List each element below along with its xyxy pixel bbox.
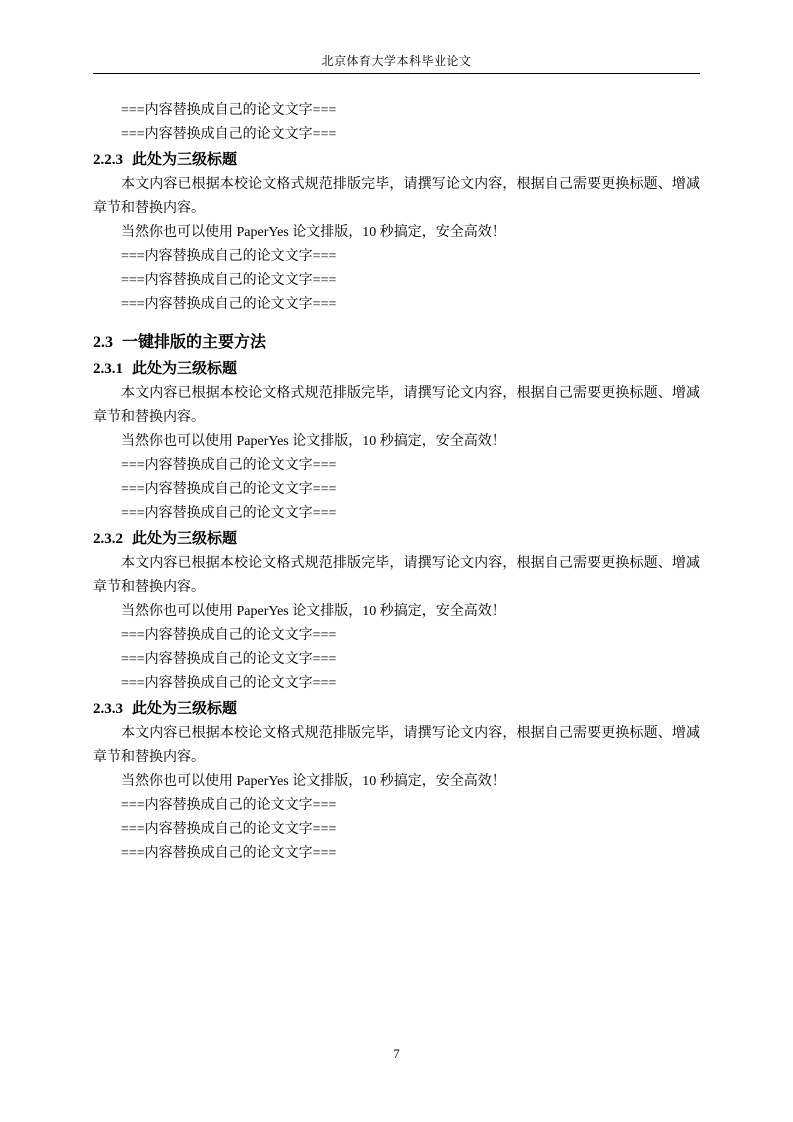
placeholder-line: ===内容替换成自己的论文文字=== bbox=[93, 502, 700, 526]
heading-number: 2.3.2 bbox=[93, 531, 123, 547]
tip-paragraph: 当然你也可以使用 PaperYes 论文排版，10 秒搞定，安全高效！ bbox=[93, 430, 700, 454]
placeholder-line: ===内容替换成自己的论文文字=== bbox=[93, 293, 700, 317]
heading-number: 2.2.3 bbox=[93, 152, 123, 168]
page-number: 7 bbox=[393, 1047, 399, 1061]
placeholder-line: ===内容替换成自己的论文文字=== bbox=[93, 454, 700, 478]
heading-3-2-2-3: 2.2.3此处为三级标题 bbox=[93, 147, 700, 173]
placeholder-line: ===内容替换成自己的论文文字=== bbox=[93, 672, 700, 696]
heading-title: 此处为三级标题 bbox=[132, 151, 237, 168]
page-footer: 7 bbox=[0, 1046, 793, 1062]
body-paragraph: 本文内容已根据本校论文格式规范排版完毕，请撰写论文内容，根据自己需要更换标题、增… bbox=[93, 722, 700, 770]
heading-number: 2.3.1 bbox=[93, 361, 123, 377]
body-paragraph: 本文内容已根据本校论文格式规范排版完毕，请撰写论文内容，根据自己需要更换标题、增… bbox=[93, 382, 700, 430]
heading-3-2-3-2: 2.3.2此处为三级标题 bbox=[93, 526, 700, 552]
placeholder-line: ===内容替换成自己的论文文字=== bbox=[93, 842, 700, 866]
tip-paragraph: 当然你也可以使用 PaperYes 论文排版，10 秒搞定，安全高效！ bbox=[93, 600, 700, 624]
heading-title: 此处为三级标题 bbox=[132, 530, 237, 547]
body-paragraph: 本文内容已根据本校论文格式规范排版完毕，请撰写论文内容，根据自己需要更换标题、增… bbox=[93, 552, 700, 600]
page-header: 北京体育大学本科毕业论文 bbox=[93, 0, 700, 74]
placeholder-line: ===内容替换成自己的论文文字=== bbox=[93, 478, 700, 502]
heading-title: 此处为三级标题 bbox=[132, 360, 237, 377]
heading-title: 此处为三级标题 bbox=[132, 700, 237, 717]
heading-3-2-3-3: 2.3.3此处为三级标题 bbox=[93, 696, 700, 722]
placeholder-line: ===内容替换成自己的论文文字=== bbox=[93, 624, 700, 648]
placeholder-line: ===内容替换成自己的论文文字=== bbox=[93, 245, 700, 269]
document-page: 北京体育大学本科毕业论文 ===内容替换成自己的论文文字=== ===内容替换成… bbox=[0, 0, 793, 1122]
running-head-title: 北京体育大学本科毕业论文 bbox=[321, 54, 471, 68]
heading-2-2-3: 2.3一键排版的主要方法 bbox=[93, 330, 700, 356]
body-paragraph: 本文内容已根据本校论文格式规范排版完毕，请撰写论文内容，根据自己需要更换标题、增… bbox=[93, 173, 700, 221]
placeholder-line: ===内容替换成自己的论文文字=== bbox=[93, 818, 700, 842]
placeholder-line: ===内容替换成自己的论文文字=== bbox=[93, 123, 700, 147]
placeholder-line: ===内容替换成自己的论文文字=== bbox=[93, 794, 700, 818]
tip-paragraph: 当然你也可以使用 PaperYes 论文排版，10 秒搞定，安全高效！ bbox=[93, 221, 700, 245]
heading-number: 2.3 bbox=[93, 334, 113, 351]
placeholder-line: ===内容替换成自己的论文文字=== bbox=[93, 99, 700, 123]
document-body: ===内容替换成自己的论文文字=== ===内容替换成自己的论文文字=== 2.… bbox=[93, 75, 700, 866]
placeholder-line: ===内容替换成自己的论文文字=== bbox=[93, 269, 700, 293]
heading-3-2-3-1: 2.3.1此处为三级标题 bbox=[93, 356, 700, 382]
tip-paragraph: 当然你也可以使用 PaperYes 论文排版，10 秒搞定，安全高效！ bbox=[93, 770, 700, 794]
heading-number: 2.3.3 bbox=[93, 701, 123, 717]
placeholder-line: ===内容替换成自己的论文文字=== bbox=[93, 648, 700, 672]
heading-title: 一键排版的主要方法 bbox=[122, 334, 266, 351]
